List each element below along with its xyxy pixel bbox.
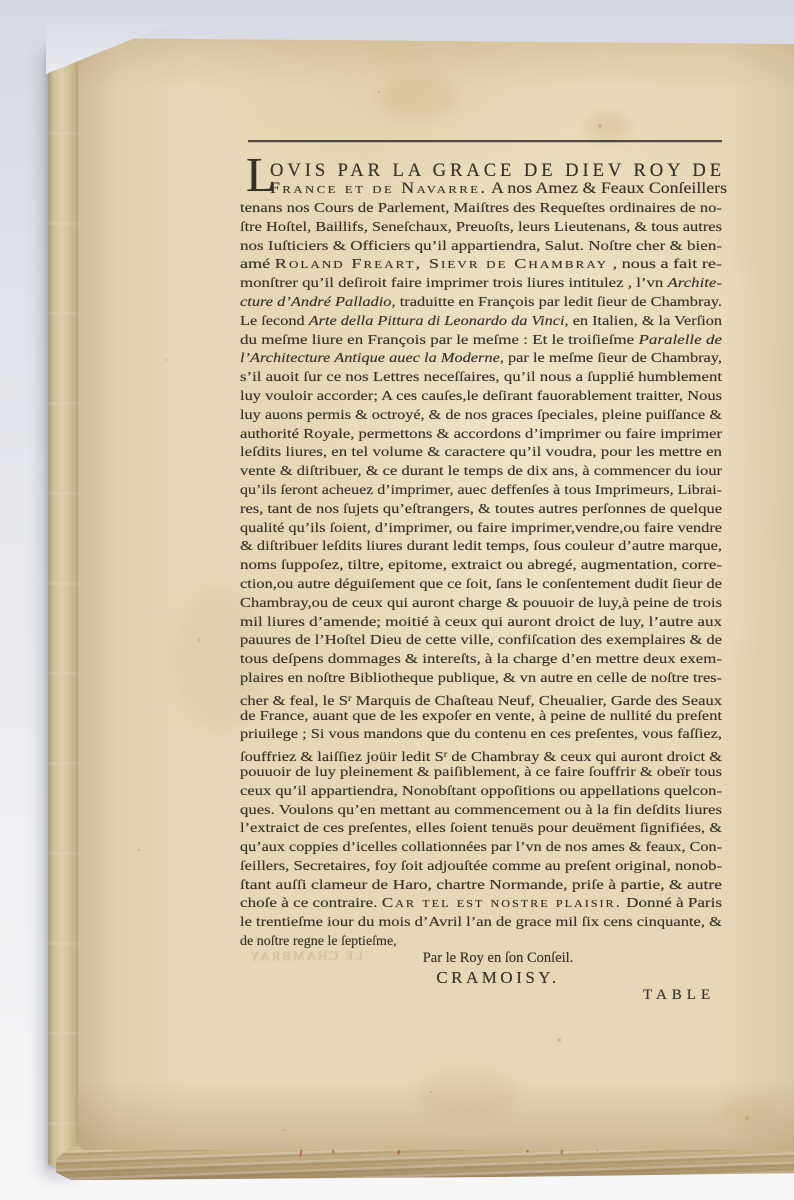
text-line: monſtrer qu’il deſiroit faire imprimer t…	[240, 275, 722, 294]
text-line: mil liures d’amende; moitié à ceux qui a…	[240, 614, 722, 633]
heading-line-2: France et de Navarre. A nos Amez & Feaux…	[270, 180, 727, 200]
text-line: cher & feal, le Sr Marquis de Chaſteau N…	[240, 689, 722, 708]
text-line: leſdits liures, en tel volume & caracter…	[240, 444, 722, 463]
text-line: res, tant de nos ſujets qu’eſtrangers, &…	[240, 501, 722, 520]
text-line: Le ſecond Arte della Pittura di Leonardo…	[240, 313, 722, 332]
text-line: choſe à ce contraire. Car tel est nostre…	[240, 895, 722, 914]
text-line: qu’aux coppies d’icelles collationnées p…	[240, 839, 722, 858]
text-line: Chambray,ou de ceux qui auront charge & …	[240, 595, 722, 614]
text-line: ſtre Hoſtel, Baillifs, Seneſchaux, Preuo…	[240, 219, 722, 238]
heading-line-1: OVIS PAR LA GRACE DE DIEV ROY DE	[270, 160, 725, 182]
text-line: s’il auoit ſur ce nos Lettres neceſſaire…	[240, 369, 722, 388]
ornament-rule	[248, 140, 722, 142]
text-line: tenans nos Cours de Parlement, Maiſtres …	[240, 200, 722, 219]
text-line: de France, auant que de les expoſer en v…	[240, 708, 722, 727]
catchword-table: TABLE	[643, 987, 715, 1004]
footer-by-king: Par le Roy en ſon Conſeil.	[328, 950, 668, 967]
text-line: tous deſpens dommages & intereſts, à la …	[240, 651, 722, 670]
text-line: l’Architecture Antique auec la Moderne, …	[240, 350, 722, 369]
text-line: luy vouloir accorder; A ces cauſes,le de…	[240, 388, 722, 407]
heading-smallcaps: France et de Navarre.	[270, 180, 488, 197]
text-line: authorité Royale, permettons & accordons…	[240, 426, 722, 445]
footer-signature: CRAMOISY.	[328, 968, 668, 988]
text-line: vente & diſtribuer, & ce durant le temps…	[240, 463, 722, 482]
text-line: luy auons permis & octroyé, & de nos gra…	[240, 407, 722, 426]
text-line: priuilege ; Si vous mandons que du conte…	[240, 726, 722, 745]
photo-background: L OVIS PAR LA GRACE DE DIEV ROY DE Franc…	[0, 0, 794, 1200]
page-content: L OVIS PAR LA GRACE DE DIEV ROY DE Franc…	[78, 29, 794, 1150]
text-line: pauures de l’Hoſtel Dieu de cette ville,…	[240, 632, 722, 651]
text-line: ſouffriez & laiſſiez joüir ledit Sr de C…	[240, 745, 722, 764]
text-line: amé Roland Freart, Sievr de Chambray , n…	[240, 256, 722, 275]
heading-line-2-rest: A nos Amez & Feaux Conſeillers	[488, 180, 727, 197]
text-line: le trentieſme iour du mois d’Avril l’an …	[240, 914, 722, 933]
privilege-body-text: tenans nos Cours de Parlement, Maiſtres …	[240, 200, 722, 952]
text-line: ceux qu’il appartiendra, Nonobſtant oppo…	[240, 783, 722, 802]
text-line: pouuoir de luy pleinement & paiſiblement…	[240, 764, 722, 783]
book-spine	[48, 42, 80, 1166]
text-line: & diſtribuer leſdits liures durant ledit…	[240, 538, 722, 557]
text-line: qualité qu’ils ſoient, d’imprimer, ou fa…	[240, 520, 722, 539]
text-line: ſeillers, Secretaires, foy ſoit adjouſté…	[240, 858, 722, 877]
text-line: plaires en noſtre Bibliotheque publique,…	[240, 670, 722, 689]
text-line: ſtant auſſi clameur de Haro, chartre Nor…	[240, 877, 722, 896]
text-line: l’extraict de ces preſentes, elles ſoien…	[240, 820, 722, 839]
text-line: du meſme liure en François par le meſme …	[240, 332, 722, 351]
text-line: noms ſuppoſez, tiltre, epitome, extraict…	[240, 557, 722, 576]
text-line: ction,ou autre déguiſement que ce ſoit, …	[240, 576, 722, 595]
text-line: qu’ils ſeront acheuez d’imprimer, auec d…	[240, 482, 722, 501]
text-line: ques. Voulons qu’en mettant au commencem…	[240, 802, 722, 821]
text-line: nos Iuſticiers & Officiers qu’il apparti…	[240, 238, 722, 257]
book-page: L OVIS PAR LA GRACE DE DIEV ROY DE Franc…	[78, 29, 794, 1150]
text-line: cture d’André Palladio, traduitte en Fra…	[240, 294, 722, 313]
